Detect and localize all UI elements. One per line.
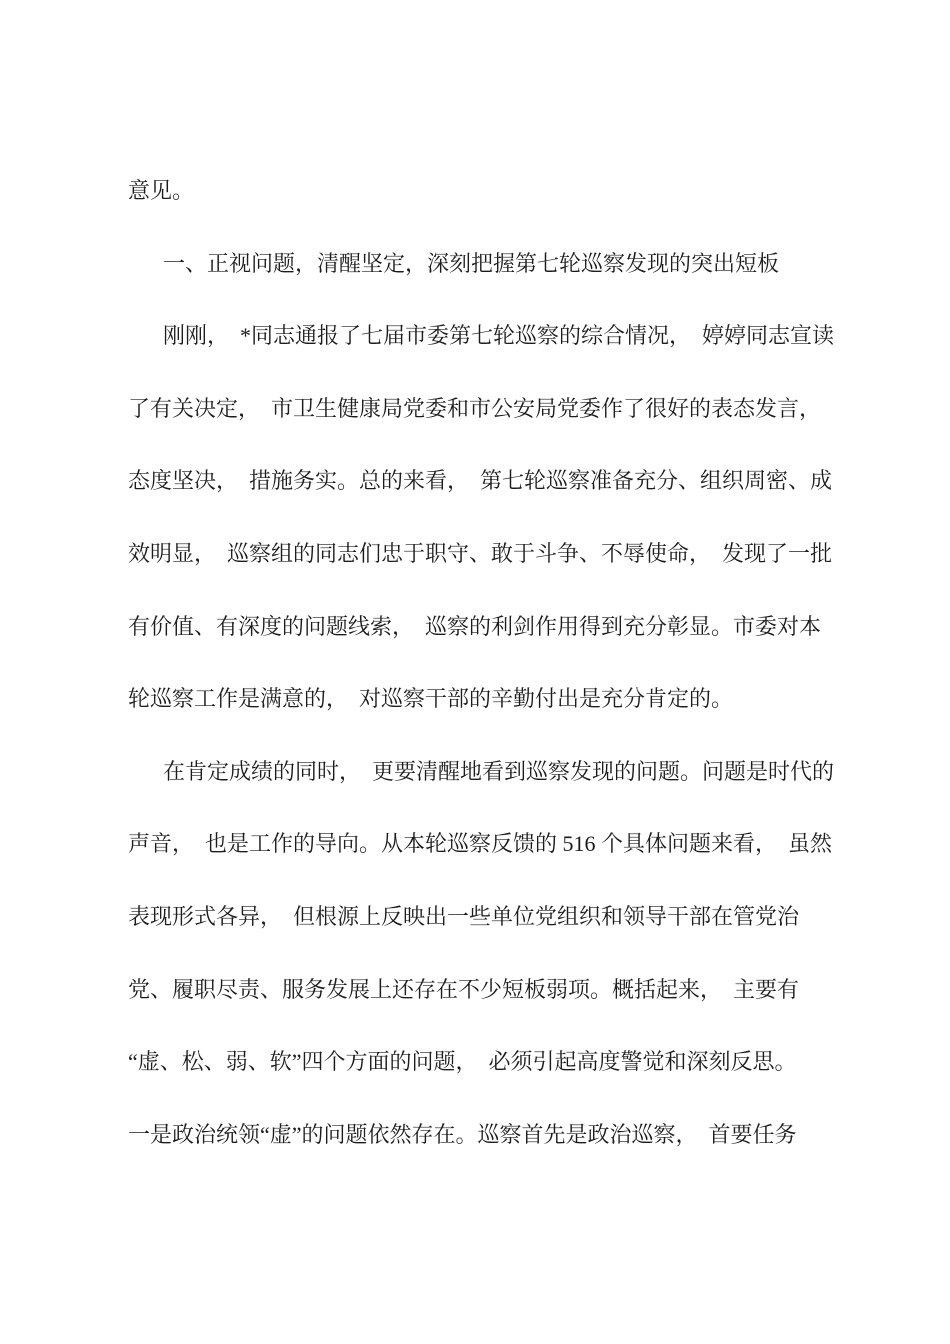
text-line: 表现形式各异， 但根源上反映出一些单位党组织和领导干部在管党治 [128,881,918,954]
text-line: 意见。 [128,155,918,228]
text-line: 一是政治统领“虚”的问题依然存在。巡察首先是政治巡察， 首要任务 [128,1099,918,1172]
paragraph: 刚刚， *同志通报了七届市委第七轮巡察的综合情况， 婷婷同志宣读了有关决定， 市… [128,300,918,736]
text-line: 党、履职尽责、服务发展上还存在不少短板弱项。概括起来， 主要有 [128,954,918,1027]
paragraph: 在肯定成绩的同时， 更要清醒地看到巡察发现的问题。问题是时代的声音， 也是工作的… [128,736,918,1172]
text-line: 在肯定成绩的同时， 更要清醒地看到巡察发现的问题。问题是时代的 [128,736,918,809]
document-body: 意见。一、正视问题，清醒坚定，深刻把握第七轮巡察发现的突出短板刚刚， *同志通报… [128,155,918,1171]
text-line: 轮巡察工作是满意的， 对巡察干部的辛勤付出是充分肯定的。 [128,663,918,736]
section-heading: 一、正视问题，清醒坚定，深刻把握第七轮巡察发现的突出短板 [128,228,918,301]
text-line: 态度坚决， 措施务实。总的来看， 第七轮巡察准备充分、组织周密、成 [128,445,918,518]
text-line: 效明显， 巡察组的同志们忠于职守、敢于斗争、不辱使命， 发现了一批 [128,518,918,591]
text-line: “虚、松、弱、软”四个方面的问题， 必须引起高度警觉和深刻反思。 [128,1026,918,1099]
document-page: 意见。一、正视问题，清醒坚定，深刻把握第七轮巡察发现的突出短板刚刚， *同志通报… [0,0,950,1344]
text-line: 一、正视问题，清醒坚定，深刻把握第七轮巡察发现的突出短板 [128,228,918,301]
text-line: 刚刚， *同志通报了七届市委第七轮巡察的综合情况， 婷婷同志宣读 [128,300,918,373]
text-line: 声音， 也是工作的导向。从本轮巡察反馈的 516 个具体问题来看， 虽然 [128,808,918,881]
text-line: 了有关决定， 市卫生健康局党委和市公安局党委作了很好的表态发言， [128,373,918,446]
text-line: 有价值、有深度的问题线索， 巡察的利剑作用得到充分彰显。市委对本 [128,591,918,664]
paragraph: 意见。 [128,155,918,228]
